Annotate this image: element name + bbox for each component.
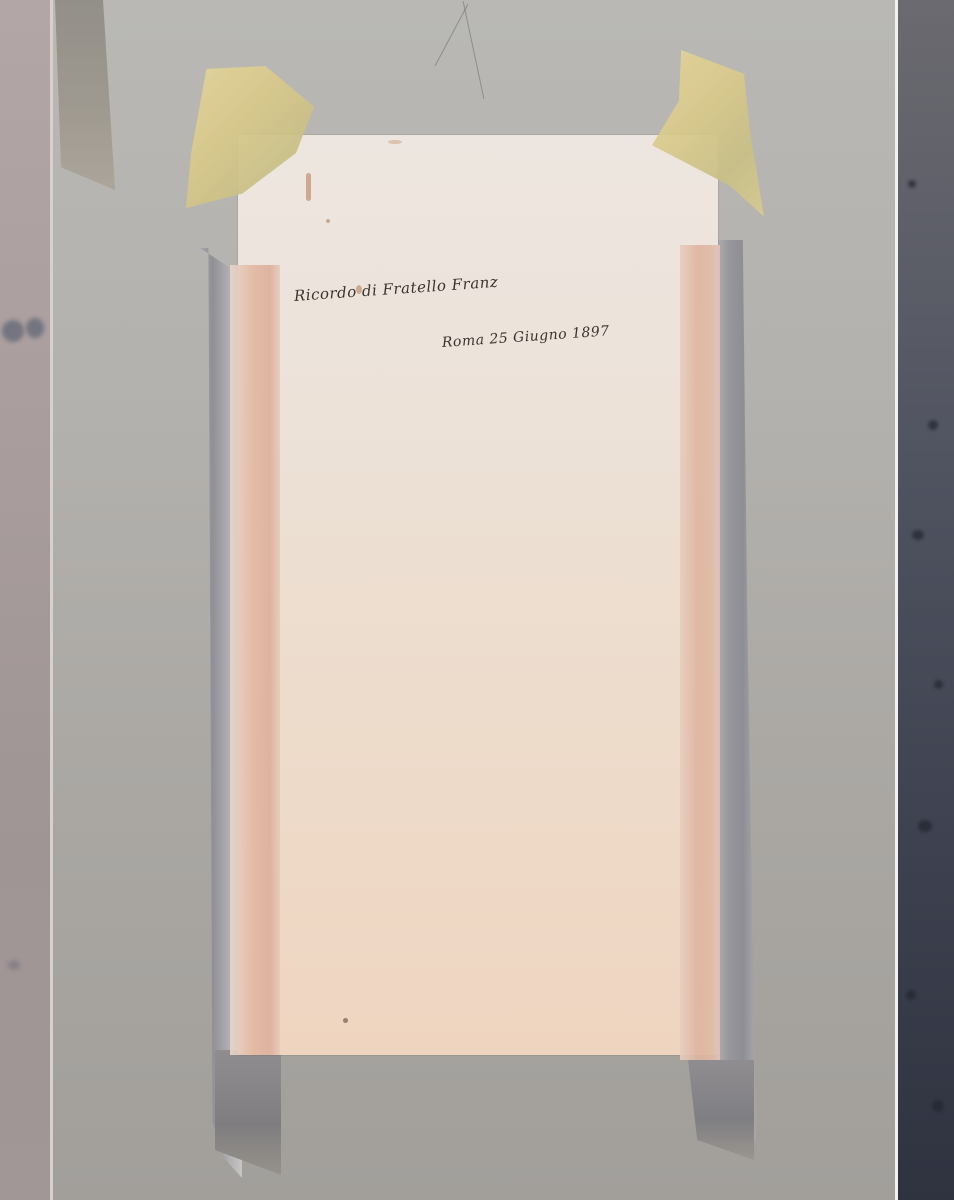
surface-spot [934,680,943,689]
card-stain [388,140,402,144]
background-surface-right [898,0,954,1200]
surface-spot [2,320,24,342]
card-stain [326,219,330,223]
right-pink-tape [680,245,720,1060]
inscription-line-1: Ricordo di Fratello Franz [293,273,498,305]
surface-spot [918,820,932,832]
left-pink-tape [230,265,280,1055]
surface-spot [928,420,938,430]
surface-spot [26,318,44,338]
background-surface-left [0,0,52,1200]
surface-spot [908,180,916,188]
inscription-line-2: Roma 25 Giugno 1897 [441,323,610,351]
photo-card-back: Ricordo di Fratello Franz Roma 25 Giugno… [238,135,718,1055]
surface-spot [8,960,20,970]
surface-spot [932,1100,944,1112]
mount-scratch [463,1,485,99]
mount-scratch [435,4,469,66]
card-stain [306,173,311,201]
surface-spot [906,990,916,1000]
surface-spot [912,530,924,540]
card-stain [343,1018,348,1023]
